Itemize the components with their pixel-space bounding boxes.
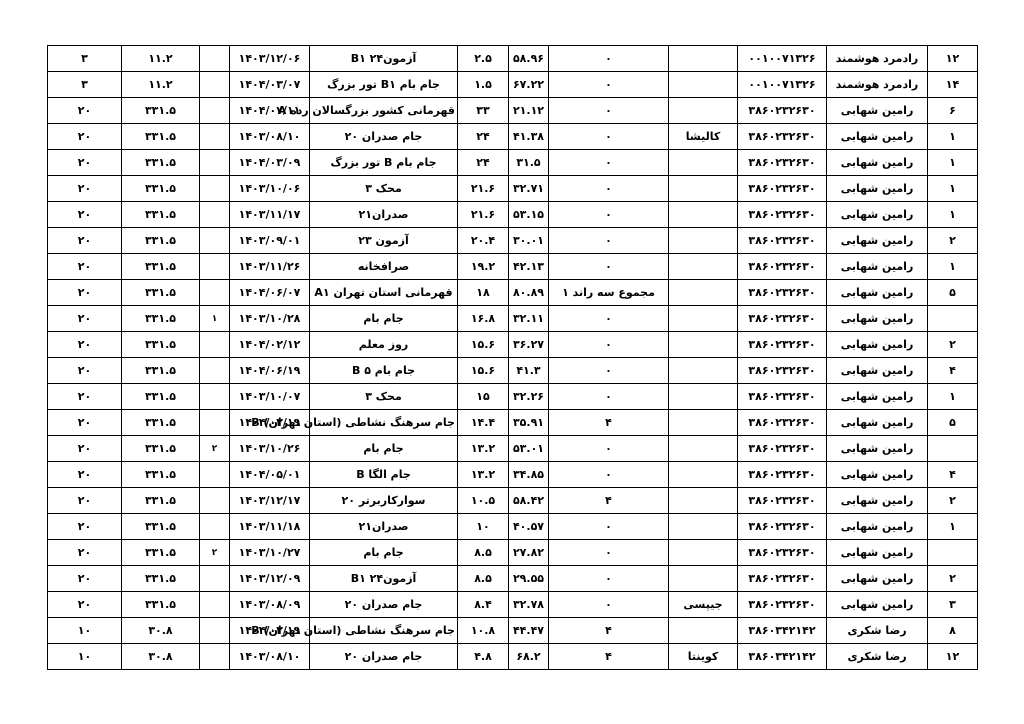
table-row: ۵رامین شهابی۳۸۶۰۲۳۲۶۳۰۴۳۵.۹۱۱۴.۴جام سرهن… [48, 410, 978, 436]
score-cell: ۲۰ [48, 306, 122, 332]
total-points-cell: ۳۰.۸ [122, 618, 200, 644]
total-points-cell: ۳۳۱.۵ [122, 254, 200, 280]
row-number-cell: ۱ [928, 150, 978, 176]
row-number-cell: ۲ [928, 228, 978, 254]
points-cell: ۱۵ [458, 384, 509, 410]
faults-cell: ۴ [549, 488, 669, 514]
event-name-cell: صدران۲۱ [310, 514, 458, 540]
score-cell: ۲۰ [48, 592, 122, 618]
horse-name-cell [669, 566, 738, 592]
total-points-cell: ۳۳۱.۵ [122, 280, 200, 306]
license-id-cell: ۳۸۶۰۲۳۲۶۳۰ [738, 332, 827, 358]
place-cell: ۱ [200, 306, 230, 332]
table-row: ۱رامین شهابی۳۸۶۰۲۳۲۶۳۰۰۳۱.۵۲۴جام بام B ت… [48, 150, 978, 176]
time-cell: ۵۳.۱۵ [509, 202, 549, 228]
horse-name-cell [669, 488, 738, 514]
score-cell: ۳ [48, 46, 122, 72]
license-id-cell: ۳۸۶۰۳۴۲۱۴۲ [738, 618, 827, 644]
row-number-cell: ۱ [928, 176, 978, 202]
document-page: ۱۲رادمرد هوشمند۰۰۱۰۰۷۱۳۲۶۰۵۸.۹۶۲.۵آزمون۲… [0, 0, 1024, 724]
horse-name-cell [669, 358, 738, 384]
time-cell: ۳۵.۹۱ [509, 410, 549, 436]
points-cell: ۲۱.۶ [458, 176, 509, 202]
table-row: رامین شهابی۳۸۶۰۲۳۲۶۳۰۰۵۳.۰۱۱۳.۲جام بام۱۴… [48, 436, 978, 462]
score-cell: ۲۰ [48, 384, 122, 410]
horse-name-cell [669, 514, 738, 540]
total-points-cell: ۳۳۱.۵ [122, 410, 200, 436]
time-cell: ۲۷.۸۲ [509, 540, 549, 566]
license-id-cell: ۳۸۶۰۲۳۲۶۳۰ [738, 514, 827, 540]
rider-name-cell: رامین شهابی [827, 228, 928, 254]
event-name-cell: جام بام [310, 436, 458, 462]
event-date-cell: ۱۴۰۳/۱۱/۲۶ [230, 254, 310, 280]
event-date-cell: ۱۴۰۳/۱۰/۲۸ [230, 306, 310, 332]
total-points-cell: ۳۳۱.۵ [122, 150, 200, 176]
time-cell: ۸۰.۸۹ [509, 280, 549, 306]
row-number-cell: ۱ [928, 124, 978, 150]
event-date-cell: ۱۴۰۴/۰۳/۰۹ [230, 150, 310, 176]
table-row: ۸رضا شکری۳۸۶۰۳۴۲۱۴۲۴۴۴.۴۷۱۰.۸جام سرهنگ ن… [48, 618, 978, 644]
rider-name-cell: رامین شهابی [827, 150, 928, 176]
event-date-cell: ۱۴۰۴/۰۶/۱۹ [230, 358, 310, 384]
points-cell: ۱۴.۴ [458, 410, 509, 436]
license-id-cell: ۳۸۶۰۲۳۲۶۳۰ [738, 124, 827, 150]
points-cell: ۱۹.۲ [458, 254, 509, 280]
row-number-cell: ۲ [928, 488, 978, 514]
score-cell: ۲۰ [48, 566, 122, 592]
event-name-cell: محک ۳ [310, 176, 458, 202]
score-cell: ۲۰ [48, 280, 122, 306]
rider-name-cell: رامین شهابی [827, 592, 928, 618]
faults-cell: ۰ [549, 254, 669, 280]
place-cell: ۲ [200, 436, 230, 462]
place-cell [200, 488, 230, 514]
faults-cell: ۰ [549, 124, 669, 150]
table-row: ۲رامین شهابی۳۸۶۰۲۳۲۶۳۰۰۲۹.۵۵۸.۵آزمون۲۴ B… [48, 566, 978, 592]
faults-cell: ۰ [549, 176, 669, 202]
points-cell: ۲۴ [458, 150, 509, 176]
score-cell: ۲۰ [48, 150, 122, 176]
total-points-cell: ۳۳۱.۵ [122, 462, 200, 488]
horse-name-cell [669, 384, 738, 410]
total-points-cell: ۳۳۱.۵ [122, 566, 200, 592]
rider-name-cell: رامین شهابی [827, 124, 928, 150]
total-points-cell: ۳۳۱.۵ [122, 124, 200, 150]
rider-name-cell: رامین شهابی [827, 566, 928, 592]
place-cell [200, 410, 230, 436]
event-date-cell: ۱۴۰۳/۱۰/۲۶ [230, 436, 310, 462]
rider-name-cell: رامین شهابی [827, 254, 928, 280]
event-date-cell: ۱۴۰۳/۱۰/۲۷ [230, 540, 310, 566]
score-cell: ۱۰ [48, 644, 122, 670]
row-number-cell: ۲ [928, 566, 978, 592]
time-cell: ۳۶.۲۷ [509, 332, 549, 358]
total-points-cell: ۱۱.۲ [122, 72, 200, 98]
total-points-cell: ۳۳۱.۵ [122, 514, 200, 540]
points-cell: ۱۰.۸ [458, 618, 509, 644]
row-number-cell [928, 540, 978, 566]
place-cell [200, 384, 230, 410]
license-id-cell: ۰۰۱۰۰۷۱۳۲۶ [738, 46, 827, 72]
time-cell: ۳۲.۱۱ [509, 306, 549, 332]
row-number-cell [928, 306, 978, 332]
place-cell [200, 618, 230, 644]
rider-name-cell: رامین شهابی [827, 358, 928, 384]
time-cell: ۵۳.۰۱ [509, 436, 549, 462]
event-date-cell: ۱۴۰۳/۰۸/۰۹ [230, 592, 310, 618]
rider-name-cell: رامین شهابی [827, 462, 928, 488]
total-points-cell: ۳۳۱.۵ [122, 592, 200, 618]
total-points-cell: ۳۳۱.۵ [122, 332, 200, 358]
faults-cell: ۴ [549, 644, 669, 670]
row-number-cell: ۱ [928, 202, 978, 228]
license-id-cell: ۳۸۶۰۲۳۲۶۳۰ [738, 98, 827, 124]
event-date-cell: ۱۴۰۳/۰۸/۱۰ [230, 124, 310, 150]
table-row: ۲رامین شهابی۳۸۶۰۲۳۲۶۳۰۰۳۰.۰۱۲۰.۴آزمون ۲۳… [48, 228, 978, 254]
time-cell: ۶۸.۲ [509, 644, 549, 670]
points-cell: ۸.۵ [458, 540, 509, 566]
rider-name-cell: رامین شهابی [827, 540, 928, 566]
table-row: ۵رامین شهابی۳۸۶۰۲۳۲۶۳۰مجموع سه راند ۱۸۰.… [48, 280, 978, 306]
points-cell: ۱۵.۶ [458, 358, 509, 384]
horse-name-cell [669, 254, 738, 280]
rider-name-cell: رامین شهابی [827, 280, 928, 306]
faults-cell: ۰ [549, 462, 669, 488]
license-id-cell: ۳۸۶۰۲۳۲۶۳۰ [738, 358, 827, 384]
place-cell [200, 514, 230, 540]
points-cell: ۱۳.۲ [458, 436, 509, 462]
total-points-cell: ۳۳۱.۵ [122, 176, 200, 202]
license-id-cell: ۳۸۶۰۲۳۲۶۳۰ [738, 436, 827, 462]
faults-cell: ۰ [549, 592, 669, 618]
points-cell: ۱۳.۲ [458, 462, 509, 488]
table-row: ۱رامین شهابی۳۸۶۰۲۳۲۶۳۰۰۳۲.۷۱۲۱.۶محک ۳۱۴۰… [48, 176, 978, 202]
rider-name-cell: رامین شهابی [827, 410, 928, 436]
faults-cell: ۰ [549, 98, 669, 124]
table-row: ۱رامین شهابی۳۸۶۰۲۳۲۶۳۰۰۴۰.۵۷۱۰صدران۲۱۱۴۰… [48, 514, 978, 540]
event-date-cell: ۱۴۰۳/۱۲/۰۹ [230, 566, 310, 592]
table-row: ۱رامین شهابی۳۸۶۰۲۳۲۶۳۰۰۵۳.۱۵۲۱.۶صدران۲۱۱… [48, 202, 978, 228]
horse-name-cell: جیپسی [669, 592, 738, 618]
license-id-cell: ۳۸۶۰۲۳۲۶۳۰ [738, 410, 827, 436]
table-row: ۱رامین شهابی۳۸۶۰۲۳۲۶۳۰۰۴۲.۱۳۱۹.۲صرافخانه… [48, 254, 978, 280]
event-date-cell: ۱۴۰۳/۰۸/۱۰ [230, 644, 310, 670]
license-id-cell: ۳۸۶۰۲۳۲۶۳۰ [738, 280, 827, 306]
row-number-cell: ۲ [928, 332, 978, 358]
event-date-cell: ۱۴۰۴/۰۷/۱۱ [230, 98, 310, 124]
score-cell: ۲۰ [48, 254, 122, 280]
score-cell: ۱۰ [48, 618, 122, 644]
time-cell: ۴۴.۴۷ [509, 618, 549, 644]
license-id-cell: ۳۸۶۰۲۳۲۶۳۰ [738, 540, 827, 566]
faults-cell: ۰ [549, 202, 669, 228]
faults-cell: ۰ [549, 150, 669, 176]
event-date-cell: ۱۴۰۴/۰۲/۱۲ [230, 332, 310, 358]
place-cell [200, 332, 230, 358]
time-cell: ۳۲.۷۸ [509, 592, 549, 618]
score-cell: ۲۰ [48, 98, 122, 124]
row-number-cell: ۶ [928, 98, 978, 124]
points-cell: ۱۰.۵ [458, 488, 509, 514]
place-cell [200, 254, 230, 280]
total-points-cell: ۳۳۱.۵ [122, 98, 200, 124]
time-cell: ۲۹.۵۵ [509, 566, 549, 592]
horse-name-cell: کالیشا [669, 124, 738, 150]
table-row: ۱۲رادمرد هوشمند۰۰۱۰۰۷۱۳۲۶۰۵۸.۹۶۲.۵آزمون۲… [48, 46, 978, 72]
table-row: ۱۴رادمرد هوشمند۰۰۱۰۰۷۱۳۲۶۰۶۷.۲۲۱.۵جام با… [48, 72, 978, 98]
faults-cell: ۰ [549, 436, 669, 462]
points-cell: ۱.۵ [458, 72, 509, 98]
time-cell: ۳۲.۷۱ [509, 176, 549, 202]
place-cell [200, 98, 230, 124]
rider-name-cell: رضا شکری [827, 644, 928, 670]
time-cell: ۴۱.۳ [509, 358, 549, 384]
row-number-cell: ۱۲ [928, 46, 978, 72]
score-cell: ۲۰ [48, 540, 122, 566]
event-name-cell: جام الگا B [310, 462, 458, 488]
place-cell [200, 644, 230, 670]
license-id-cell: ۳۸۶۰۲۳۲۶۳۰ [738, 176, 827, 202]
score-cell: ۲۰ [48, 228, 122, 254]
license-id-cell: ۳۸۶۰۲۳۲۶۳۰ [738, 254, 827, 280]
event-date-cell: ۱۴۰۳/۱۰/۰۷ [230, 384, 310, 410]
table-row: ۳رامین شهابی۳۸۶۰۲۳۲۶۳۰جیپسی۰۳۲.۷۸۸.۴جام … [48, 592, 978, 618]
license-id-cell: ۳۸۶۰۲۳۲۶۳۰ [738, 202, 827, 228]
rider-name-cell: رامین شهابی [827, 306, 928, 332]
horse-name-cell [669, 176, 738, 202]
total-points-cell: ۳۳۱.۵ [122, 202, 200, 228]
row-number-cell: ۳ [928, 592, 978, 618]
time-cell: ۴۱.۳۸ [509, 124, 549, 150]
faults-cell: ۰ [549, 566, 669, 592]
time-cell: ۵۸.۹۶ [509, 46, 549, 72]
place-cell [200, 228, 230, 254]
rider-name-cell: رامین شهابی [827, 514, 928, 540]
horse-name-cell [669, 150, 738, 176]
place-cell [200, 46, 230, 72]
table-row: ۱۲رضا شکری۳۸۶۰۳۴۲۱۴۲کوینتا۴۶۸.۲۴.۸جام صد… [48, 644, 978, 670]
rider-name-cell: رامین شهابی [827, 436, 928, 462]
event-date-cell: ۱۴۰۳/۱۰/۰۶ [230, 176, 310, 202]
place-cell [200, 280, 230, 306]
points-cell: ۸.۴ [458, 592, 509, 618]
faults-cell: ۰ [549, 228, 669, 254]
horse-name-cell [669, 462, 738, 488]
event-date-cell: ۱۴۰۴/۰۲/۱۹ [230, 410, 310, 436]
rider-name-cell: رامین شهابی [827, 202, 928, 228]
points-cell: ۳۳ [458, 98, 509, 124]
row-number-cell: ۴ [928, 462, 978, 488]
event-name-cell: آزمون۲۴ B۱ [310, 566, 458, 592]
table-row: ۲رامین شهابی۳۸۶۰۲۳۲۶۳۰۰۳۶.۲۷۱۵.۶روز معلم… [48, 332, 978, 358]
rider-name-cell: رادمرد هوشمند [827, 46, 928, 72]
points-cell: ۸.۵ [458, 566, 509, 592]
points-cell: ۱۰ [458, 514, 509, 540]
points-cell: ۱۵.۶ [458, 332, 509, 358]
score-cell: ۲۰ [48, 124, 122, 150]
event-name-cell: سوارکاربرتر ۲۰ [310, 488, 458, 514]
score-cell: ۳ [48, 72, 122, 98]
results-table: ۱۲رادمرد هوشمند۰۰۱۰۰۷۱۳۲۶۰۵۸.۹۶۲.۵آزمون۲… [47, 45, 978, 670]
horse-name-cell [669, 618, 738, 644]
time-cell: ۳۴.۸۵ [509, 462, 549, 488]
table-row: ۱رامین شهابی۳۸۶۰۲۳۲۶۳۰۰۳۲.۲۶۱۵محک ۳۱۴۰۳/… [48, 384, 978, 410]
faults-cell: ۴ [549, 618, 669, 644]
total-points-cell: ۳۳۱.۵ [122, 306, 200, 332]
score-cell: ۲۰ [48, 358, 122, 384]
rider-name-cell: رامین شهابی [827, 488, 928, 514]
row-number-cell: ۱۲ [928, 644, 978, 670]
horse-name-cell [669, 202, 738, 228]
event-name-cell: آزمون۲۴ B۱ [310, 46, 458, 72]
rider-name-cell: رامین شهابی [827, 176, 928, 202]
event-date-cell: ۱۴۰۴/۰۵/۰۱ [230, 462, 310, 488]
time-cell: ۶۷.۲۲ [509, 72, 549, 98]
horse-name-cell [669, 436, 738, 462]
event-name-cell: جام صدران ۲۰ [310, 124, 458, 150]
event-name-cell: محک ۳ [310, 384, 458, 410]
row-number-cell: ۸ [928, 618, 978, 644]
time-cell: ۲۱.۱۲ [509, 98, 549, 124]
event-name-cell: آزمون ۲۳ [310, 228, 458, 254]
license-id-cell: ۳۸۶۰۲۳۲۶۳۰ [738, 488, 827, 514]
points-cell: ۲۴ [458, 124, 509, 150]
total-points-cell: ۳۰.۸ [122, 644, 200, 670]
horse-name-cell [669, 306, 738, 332]
license-id-cell: ۳۸۶۰۲۳۲۶۳۰ [738, 566, 827, 592]
points-cell: ۲.۵ [458, 46, 509, 72]
event-date-cell: ۱۴۰۳/۱۱/۱۷ [230, 202, 310, 228]
horse-name-cell [669, 228, 738, 254]
place-cell [200, 124, 230, 150]
results-table-body: ۱۲رادمرد هوشمند۰۰۱۰۰۷۱۳۲۶۰۵۸.۹۶۲.۵آزمون۲… [48, 46, 978, 670]
horse-name-cell [669, 46, 738, 72]
table-row: ۲رامین شهابی۳۸۶۰۲۳۲۶۳۰۴۵۸.۴۲۱۰.۵سوارکارب… [48, 488, 978, 514]
table-row: ۱رامین شهابی۳۸۶۰۲۳۲۶۳۰کالیشا۰۴۱.۳۸۲۴جام … [48, 124, 978, 150]
event-name-cell: جام بام [310, 306, 458, 332]
score-cell: ۲۰ [48, 202, 122, 228]
horse-name-cell [669, 98, 738, 124]
score-cell: ۲۰ [48, 488, 122, 514]
table-row: رامین شهابی۳۸۶۰۲۳۲۶۳۰۰۳۲.۱۱۱۶.۸جام بام۱۴… [48, 306, 978, 332]
license-id-cell: ۳۸۶۰۲۳۲۶۳۰ [738, 384, 827, 410]
rider-name-cell: رضا شکری [827, 618, 928, 644]
license-id-cell: ۳۸۶۰۲۳۲۶۳۰ [738, 462, 827, 488]
total-points-cell: ۳۳۱.۵ [122, 540, 200, 566]
row-number-cell: ۱ [928, 384, 978, 410]
event-name-cell: جام بام B تور بزرگ [310, 150, 458, 176]
place-cell [200, 176, 230, 202]
total-points-cell: ۱۱.۲ [122, 46, 200, 72]
place-cell [200, 150, 230, 176]
faults-cell: ۰ [549, 72, 669, 98]
event-name-cell: صرافخانه [310, 254, 458, 280]
license-id-cell: ۳۸۶۰۲۳۲۶۳۰ [738, 592, 827, 618]
rider-name-cell: رامین شهابی [827, 98, 928, 124]
event-date-cell: ۱۴۰۴/۰۶/۰۷ [230, 280, 310, 306]
total-points-cell: ۳۳۱.۵ [122, 358, 200, 384]
row-number-cell: ۱۴ [928, 72, 978, 98]
time-cell: ۳۱.۵ [509, 150, 549, 176]
event-date-cell: ۱۴۰۴/۰۳/۰۷ [230, 72, 310, 98]
total-points-cell: ۳۳۱.۵ [122, 488, 200, 514]
faults-cell: ۴ [549, 410, 669, 436]
row-number-cell: ۵ [928, 280, 978, 306]
faults-cell: ۰ [549, 332, 669, 358]
faults-cell: ۰ [549, 384, 669, 410]
row-number-cell: ۴ [928, 358, 978, 384]
faults-cell: ۰ [549, 306, 669, 332]
place-cell [200, 72, 230, 98]
table-row: ۴رامین شهابی۳۸۶۰۲۳۲۶۳۰۰۴۱.۳۱۵.۶جام بام ۵… [48, 358, 978, 384]
event-date-cell: ۱۴۰۳/۱۱/۱۸ [230, 514, 310, 540]
time-cell: ۵۸.۴۲ [509, 488, 549, 514]
event-name-cell: جام صدران ۲۰ [310, 592, 458, 618]
event-name-cell: قهرمانی استان تهران A۱ [310, 280, 458, 306]
license-id-cell: ۳۸۶۰۲۳۲۶۳۰ [738, 228, 827, 254]
event-date-cell: ۱۴۰۴/۰۲/۱۹ [230, 618, 310, 644]
rider-name-cell: رادمرد هوشمند [827, 72, 928, 98]
event-name-cell: صدران۲۱ [310, 202, 458, 228]
horse-name-cell [669, 540, 738, 566]
time-cell: ۳۰.۰۱ [509, 228, 549, 254]
points-cell: ۲۱.۶ [458, 202, 509, 228]
rider-name-cell: رامین شهابی [827, 384, 928, 410]
license-id-cell: ۳۸۶۰۲۳۲۶۳۰ [738, 150, 827, 176]
license-id-cell: ۰۰۱۰۰۷۱۳۲۶ [738, 72, 827, 98]
place-cell [200, 462, 230, 488]
score-cell: ۲۰ [48, 462, 122, 488]
rider-name-cell: رامین شهابی [827, 332, 928, 358]
place-cell [200, 358, 230, 384]
total-points-cell: ۳۳۱.۵ [122, 384, 200, 410]
faults-cell: ۰ [549, 540, 669, 566]
total-points-cell: ۳۳۱.۵ [122, 436, 200, 462]
row-number-cell: ۱ [928, 514, 978, 540]
event-name-cell: جام صدران ۲۰ [310, 644, 458, 670]
points-cell: ۱۸ [458, 280, 509, 306]
event-name-cell: جام بام B۱ تور بزرگ [310, 72, 458, 98]
time-cell: ۳۲.۲۶ [509, 384, 549, 410]
table-row: ۶رامین شهابی۳۸۶۰۲۳۲۶۳۰۰۲۱.۱۲۳۳قهرمانی کش… [48, 98, 978, 124]
place-cell [200, 592, 230, 618]
event-name-cell: جام سرهنگ نشاطی (استان تهران) B [310, 410, 458, 436]
score-cell: ۲۰ [48, 436, 122, 462]
event-name-cell: جام سرهنگ نشاطی (استان تهران) B [310, 618, 458, 644]
horse-name-cell [669, 332, 738, 358]
score-cell: ۲۰ [48, 410, 122, 436]
horse-name-cell: کوینتا [669, 644, 738, 670]
row-number-cell [928, 436, 978, 462]
points-cell: ۱۶.۸ [458, 306, 509, 332]
event-name-cell: جام بام ۵ B [310, 358, 458, 384]
place-cell [200, 566, 230, 592]
place-cell [200, 202, 230, 228]
event-date-cell: ۱۴۰۳/۰۹/۰۱ [230, 228, 310, 254]
horse-name-cell [669, 410, 738, 436]
event-date-cell: ۱۴۰۳/۱۲/۰۶ [230, 46, 310, 72]
faults-cell: ۰ [549, 514, 669, 540]
table-row: رامین شهابی۳۸۶۰۲۳۲۶۳۰۰۲۷.۸۲۸.۵جام بام۱۴۰… [48, 540, 978, 566]
row-number-cell: ۵ [928, 410, 978, 436]
row-number-cell: ۱ [928, 254, 978, 280]
event-name-cell: روز معلم [310, 332, 458, 358]
event-name-cell: جام بام [310, 540, 458, 566]
horse-name-cell [669, 72, 738, 98]
table-row: ۴رامین شهابی۳۸۶۰۲۳۲۶۳۰۰۳۴.۸۵۱۳.۲جام الگا… [48, 462, 978, 488]
license-id-cell: ۳۸۶۰۳۴۲۱۴۲ [738, 644, 827, 670]
points-cell: ۴.۸ [458, 644, 509, 670]
